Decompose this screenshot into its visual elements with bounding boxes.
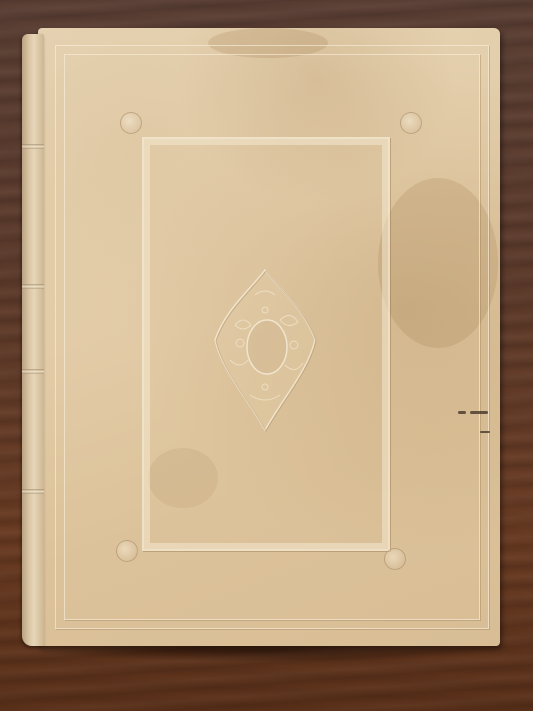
corner-fleuron-icon <box>400 112 422 134</box>
corner-fleuron-icon <box>120 112 142 134</box>
spine-band <box>22 369 44 374</box>
ink-mark <box>480 431 490 433</box>
spine-band <box>22 144 44 149</box>
spine-band <box>22 284 44 289</box>
corner-fleuron-icon <box>116 540 138 562</box>
ink-mark <box>470 411 488 414</box>
spine-band <box>22 489 44 494</box>
book-spine <box>22 34 44 646</box>
corner-fleuron-icon <box>384 548 406 570</box>
ink-mark <box>458 411 466 414</box>
central-ornament-icon <box>210 265 320 435</box>
